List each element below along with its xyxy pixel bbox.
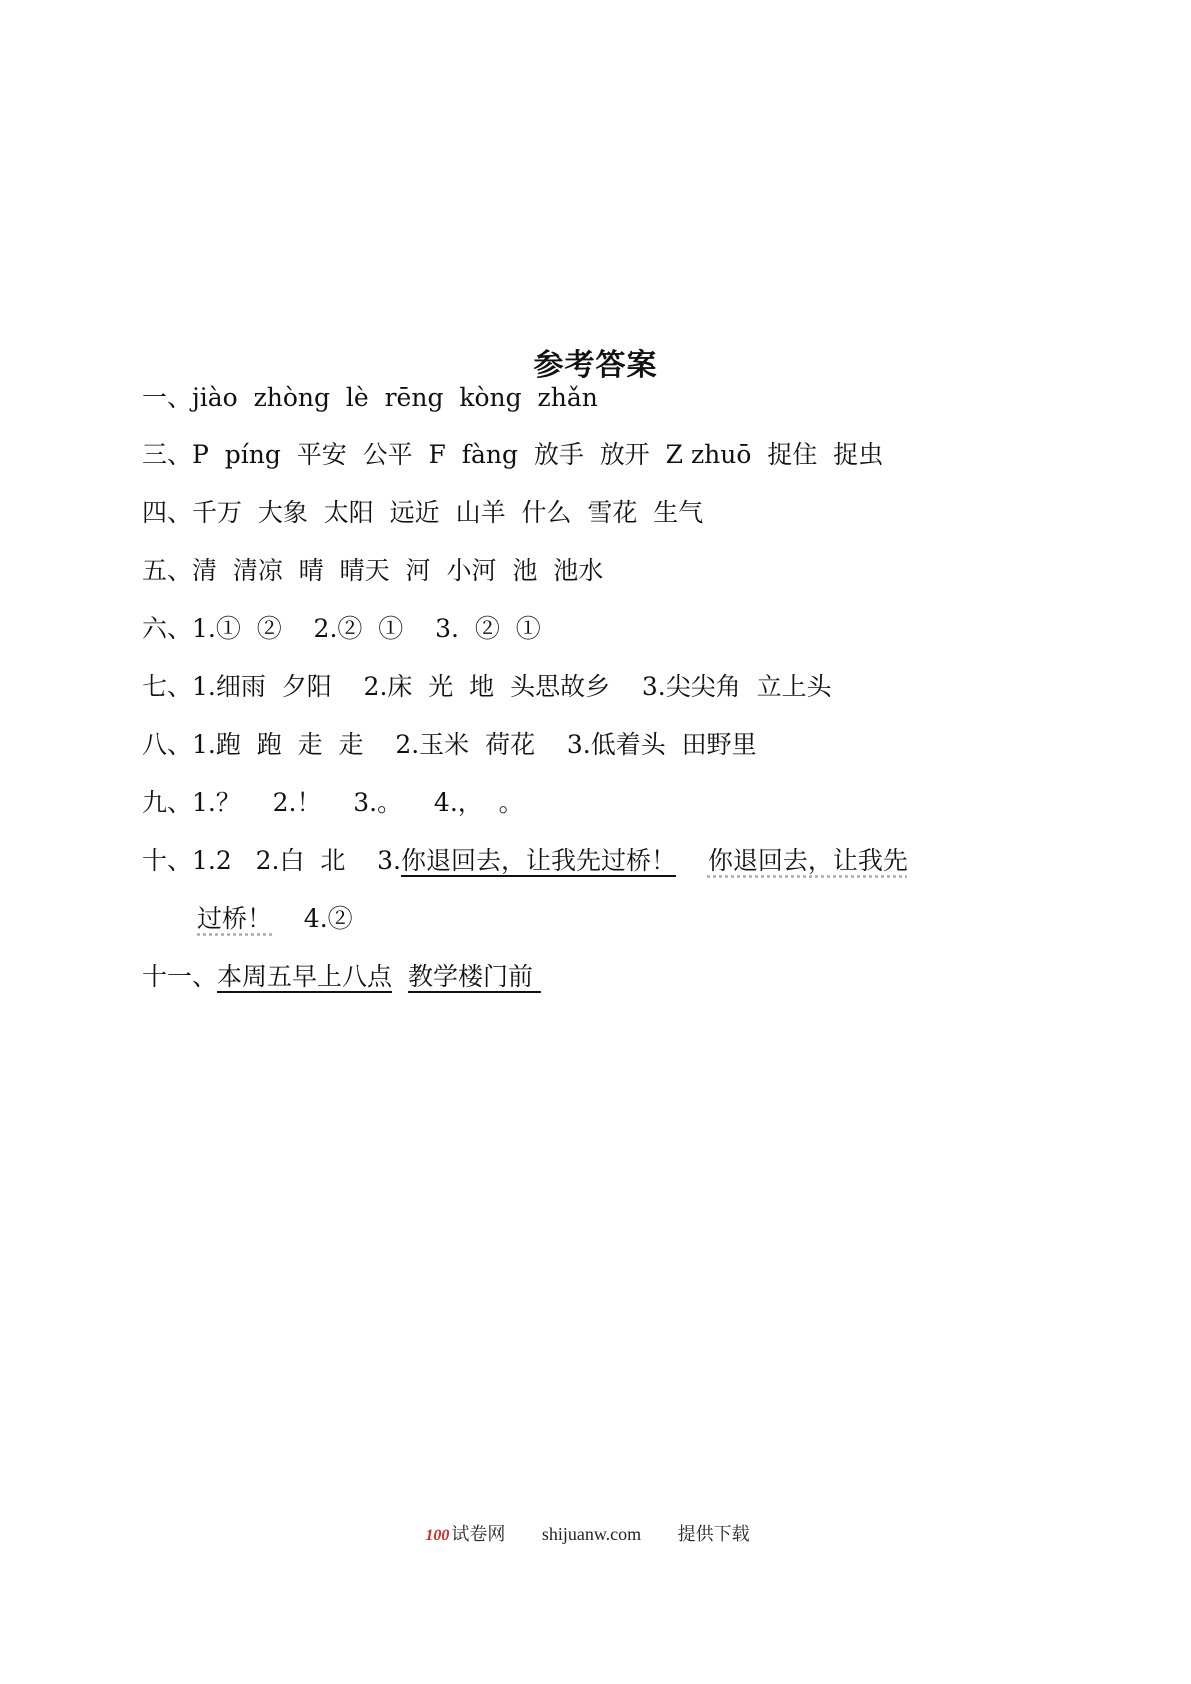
answer-10-gap — [676, 846, 708, 875]
answer-10-underlined-2b: 过桥！ — [197, 904, 272, 933]
answer-10-suffix: 4.② — [272, 904, 353, 933]
answer-3: 三、P píng 平安 公平 F fàng 放手 放开 Z zhuō 捉住 捉虫 — [142, 439, 883, 471]
logo-100-icon: 100 — [425, 1527, 449, 1544]
answer-1: 一、jiào zhòng lè rēng kòng zhǎn — [142, 382, 598, 414]
answer-11-prefix: 十一、 — [142, 962, 217, 991]
answer-8: 八、1.跑 跑 走 走 2.玉米 荷花 3.低着头 田野里 — [142, 729, 757, 761]
answer-11-gap — [392, 962, 408, 991]
footer: 100试卷网 shijuanw.com 提供下载 — [0, 1520, 1191, 1546]
answer-6: 六、1.① ② 2.② ① 3. ② ① — [142, 613, 541, 645]
footer-domain-link[interactable]: shijuanw.com — [542, 1524, 641, 1544]
page-title: 参考答案 — [0, 340, 1191, 384]
answer-7: 七、1.细雨 夕阳 2.床 光 地 头思故乡 3.尖尖角 立上头 — [142, 671, 832, 703]
answer-10-prefix: 十、1.2 2.白 北 3. — [142, 846, 401, 875]
answer-10-underlined-1: 你退回去，让我先过桥！ — [401, 846, 676, 875]
answer-9: 九、1.？ 2.！ 3.。 4.， 。 — [142, 787, 524, 819]
footer-site-name: 试卷网 — [451, 1524, 505, 1544]
answer-10: 十、1.2 2.白 北 3.你退回去，让我先过桥！ 你退回去，让我先 — [142, 845, 908, 877]
answer-11-underlined-2: 教学楼门前 — [408, 962, 541, 991]
answer-4: 四、千万 大象 太阳 远近 山羊 什么 雪花 生气 — [142, 497, 703, 529]
footer-tagline: 提供下载 — [678, 1524, 750, 1544]
answer-11: 十一、本周五早上八点 教学楼门前 — [142, 961, 541, 993]
answer-10-cont: 过桥！ 4.② — [197, 903, 353, 935]
answer-10-underlined-2a: 你退回去，让我先 — [708, 846, 908, 875]
answer-11-underlined-1: 本周五早上八点 — [217, 962, 392, 991]
answer-5: 五、清 清凉 晴 晴天 河 小河 池 池水 — [142, 555, 603, 587]
